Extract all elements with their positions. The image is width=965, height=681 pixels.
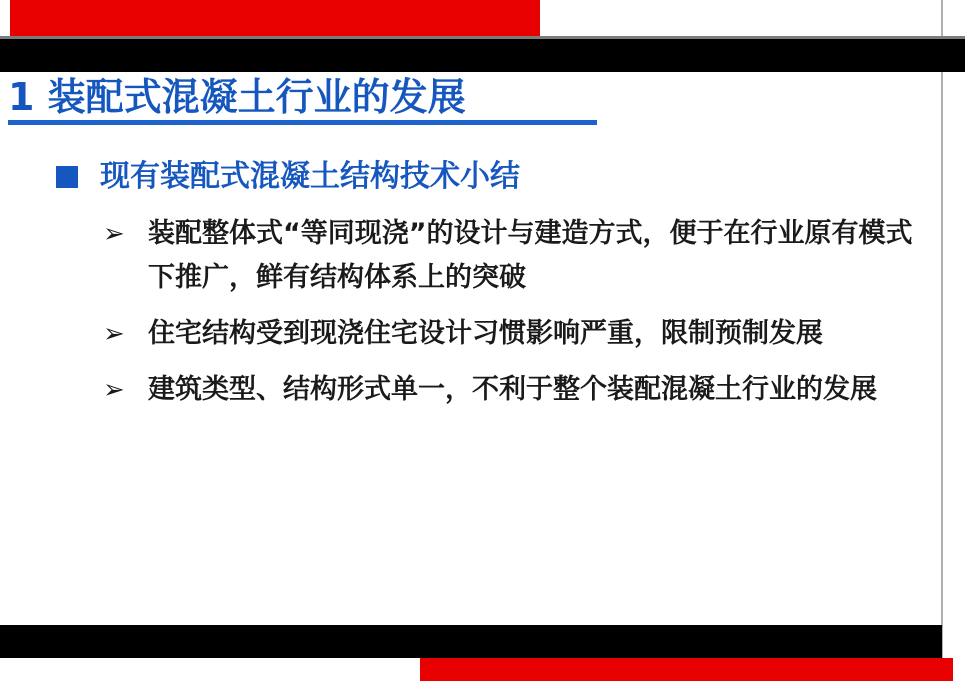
section-header: 现有装配式混凝土结构技术小结 xyxy=(100,158,930,196)
bullet-text: 住宅结构受到现浇住宅设计习惯影响严重，限制预制发展 xyxy=(148,312,918,356)
slide-canvas: 1 装配式混凝土行业的发展 现有装配式混凝土结构技术小结 ➢ 装配整体式“等同现… xyxy=(0,0,965,681)
bullet-item: ➢ 建筑类型、结构形式单一，不利于整个装配混凝土行业的发展 xyxy=(103,368,918,412)
bullet-text: 建筑类型、结构形式单一，不利于整个装配混凝土行业的发展 xyxy=(148,368,918,412)
top-black-bar xyxy=(0,39,965,72)
top-red-accent-bar xyxy=(10,0,540,36)
bullet-text: 装配整体式“等同现浇”的设计与建造方式，便于在行业原有模式下推广，鲜有结构体系上… xyxy=(148,212,918,300)
arrow-bullet-icon: ➢ xyxy=(103,212,148,256)
title-underline xyxy=(8,120,597,125)
bullet-list: ➢ 装配整体式“等同现浇”的设计与建造方式，便于在行业原有模式下推广，鲜有结构体… xyxy=(103,212,918,424)
slide-title: 1 装配式混凝土行业的发展 xyxy=(8,74,928,120)
bottom-red-accent-bar xyxy=(420,658,953,681)
bottom-black-bar xyxy=(0,625,942,658)
section-square-bullet-icon xyxy=(56,166,78,188)
arrow-bullet-icon: ➢ xyxy=(103,368,148,412)
bullet-item: ➢ 装配整体式“等同现浇”的设计与建造方式，便于在行业原有模式下推广，鲜有结构体… xyxy=(103,212,918,300)
slide-right-border-line xyxy=(941,0,943,658)
bullet-item: ➢ 住宅结构受到现浇住宅设计习惯影响严重，限制预制发展 xyxy=(103,312,918,356)
arrow-bullet-icon: ➢ xyxy=(103,312,148,356)
